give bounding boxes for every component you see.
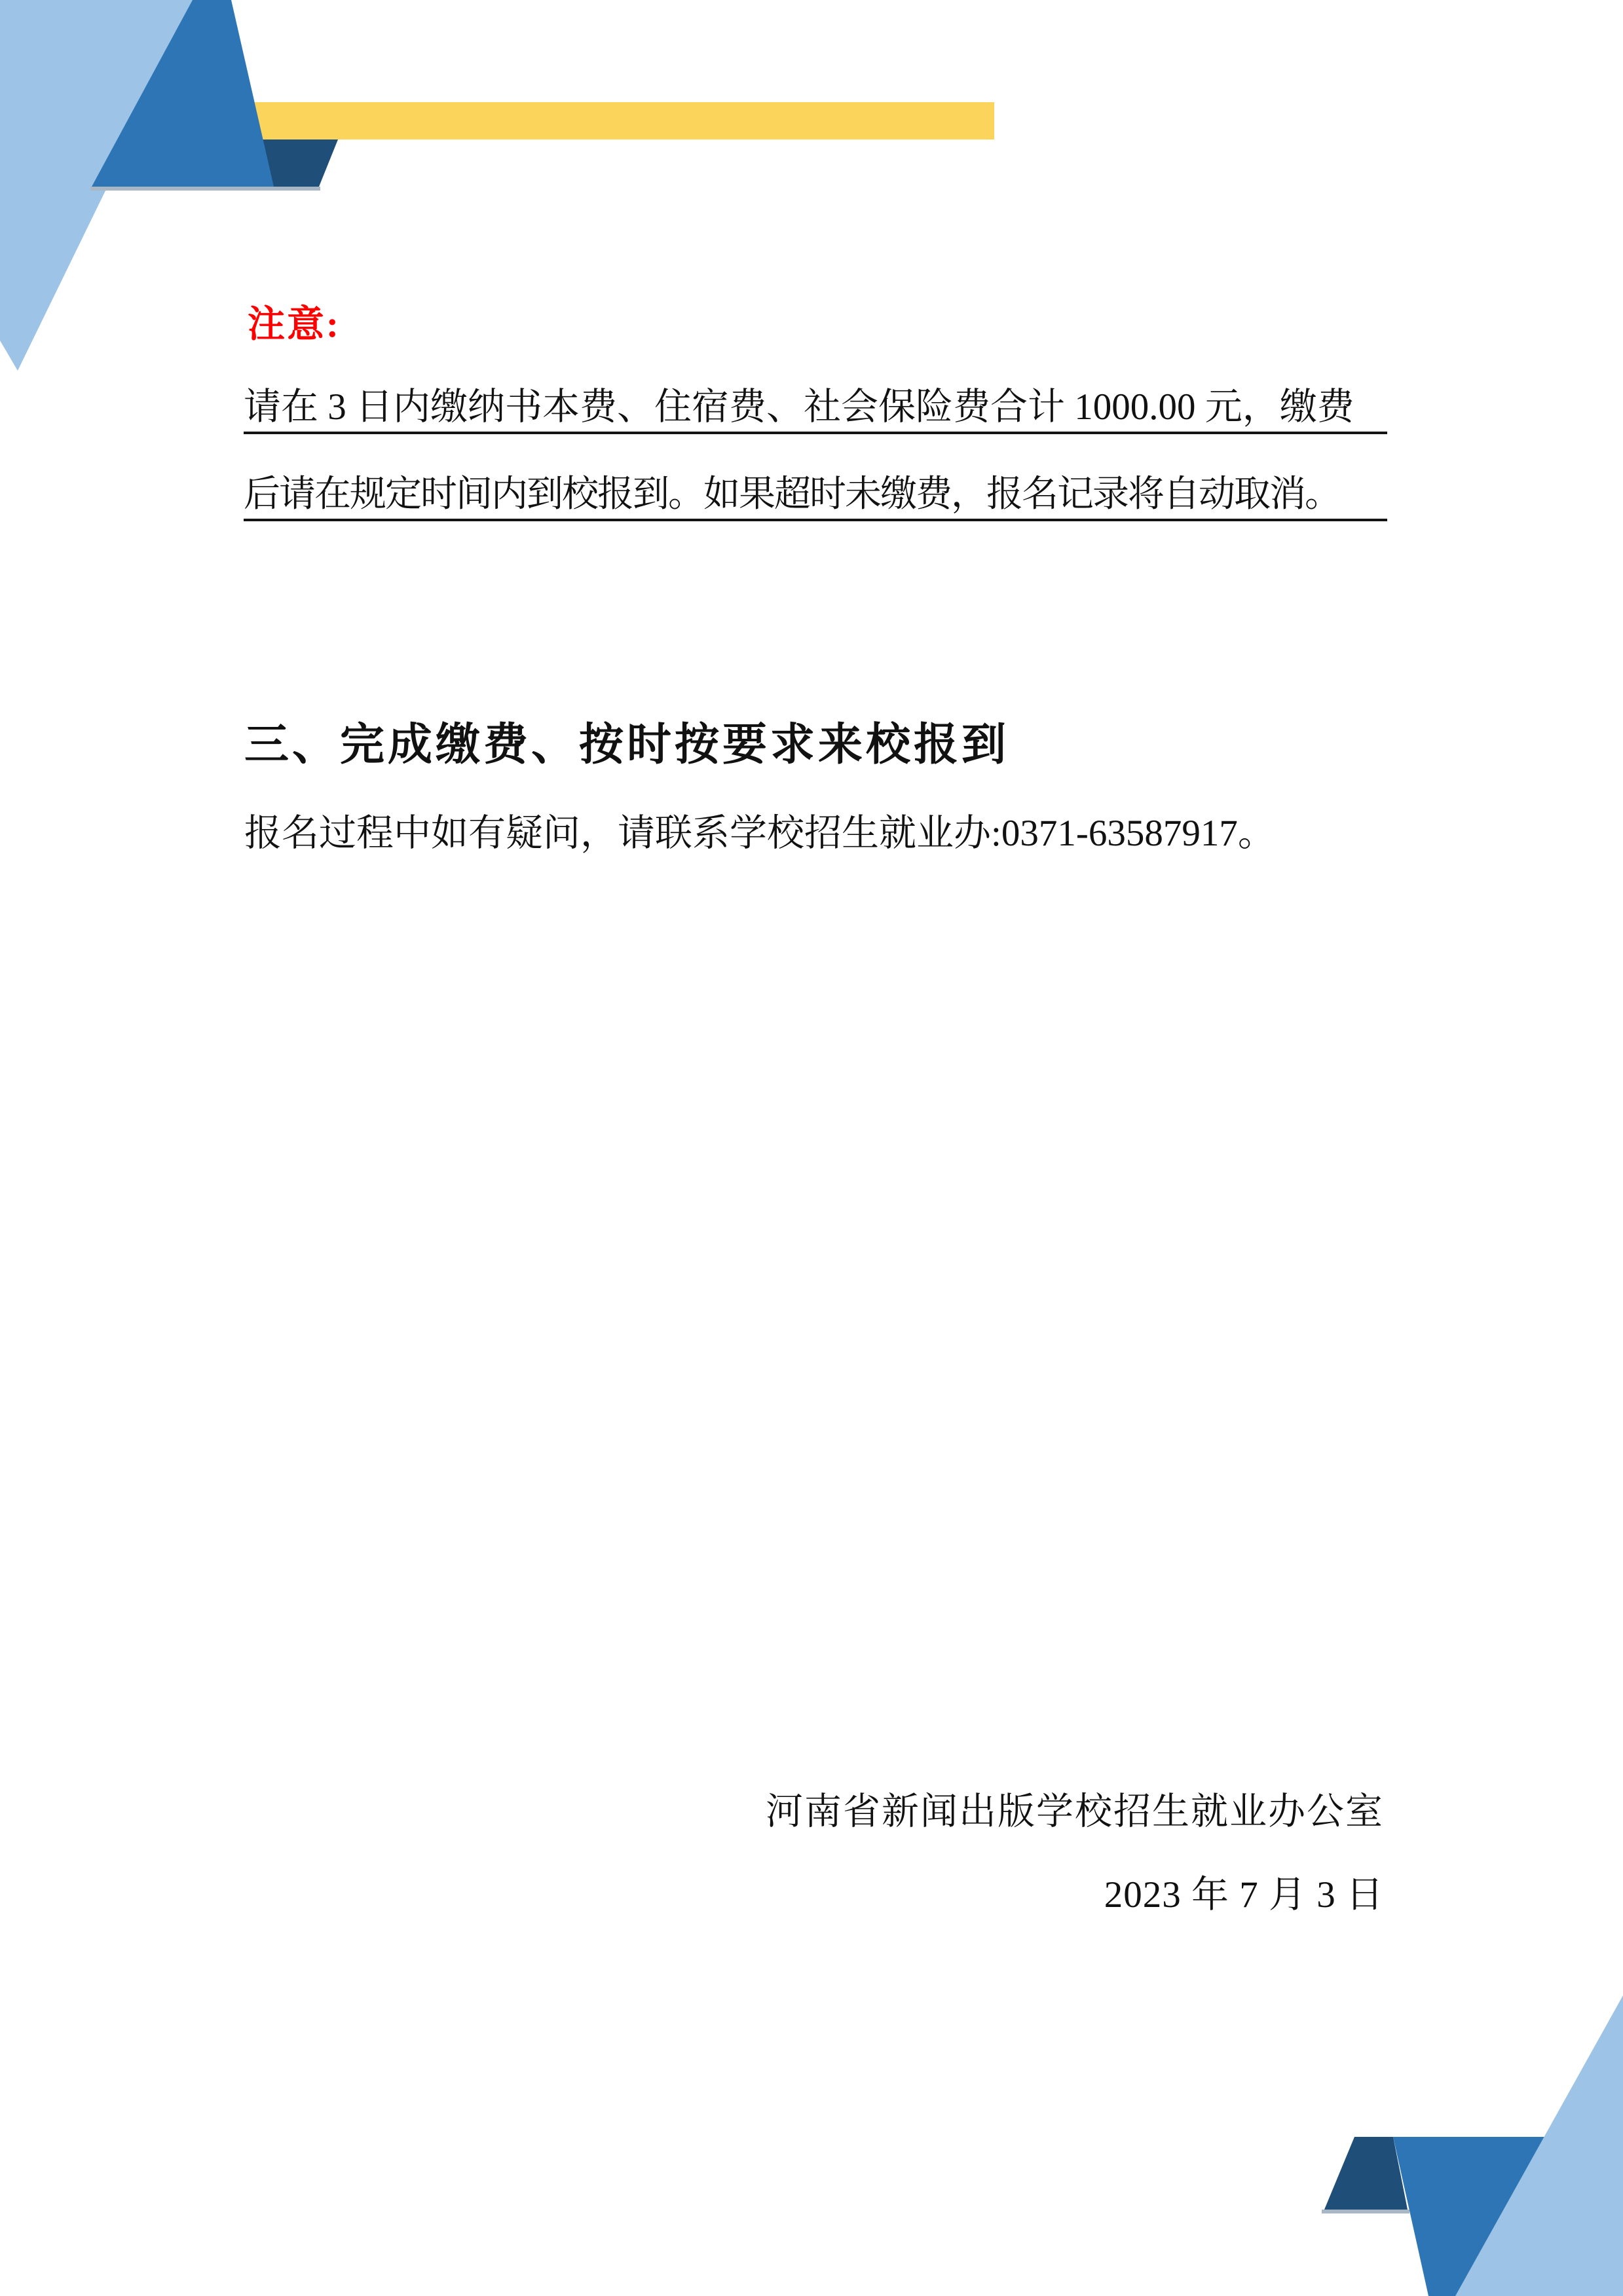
bottomright-edge-line-shape — [1322, 2210, 1409, 2213]
contact-paragraph: 报名过程中如有疑问，请联系学校招生就业办:0371-63587917。 — [244, 815, 1275, 852]
notice-line-2: 后请在规定时间内到校报到。如果超时未缴费，报名记录将自动取消。 — [244, 476, 1387, 521]
signature-date: 2023 年 7 月 3 日 — [244, 1876, 1384, 1914]
signature-office: 河南省新闻出版学校招生就业办公室 — [244, 1793, 1384, 1830]
section-heading: 三、完成缴费、按时按要求来校报到 — [244, 722, 1009, 767]
notice-line-1: 请在 3 日内缴纳书本费、住宿费、社会保险费合计 1000.00 元，缴费 — [244, 388, 1387, 434]
topleft-edge-line-shape — [90, 187, 320, 191]
top-yellow-bar-shape — [249, 102, 994, 139]
document-page: 注意: 请在 3 日内缴纳书本费、住宿费、社会保险费合计 1000.00 元，缴… — [0, 0, 1623, 2296]
decorative-shapes — [0, 0, 1623, 2296]
notice-label: 注意: — [248, 306, 341, 343]
bottomright-dark-trapezoid-shape — [1324, 2137, 1408, 2210]
